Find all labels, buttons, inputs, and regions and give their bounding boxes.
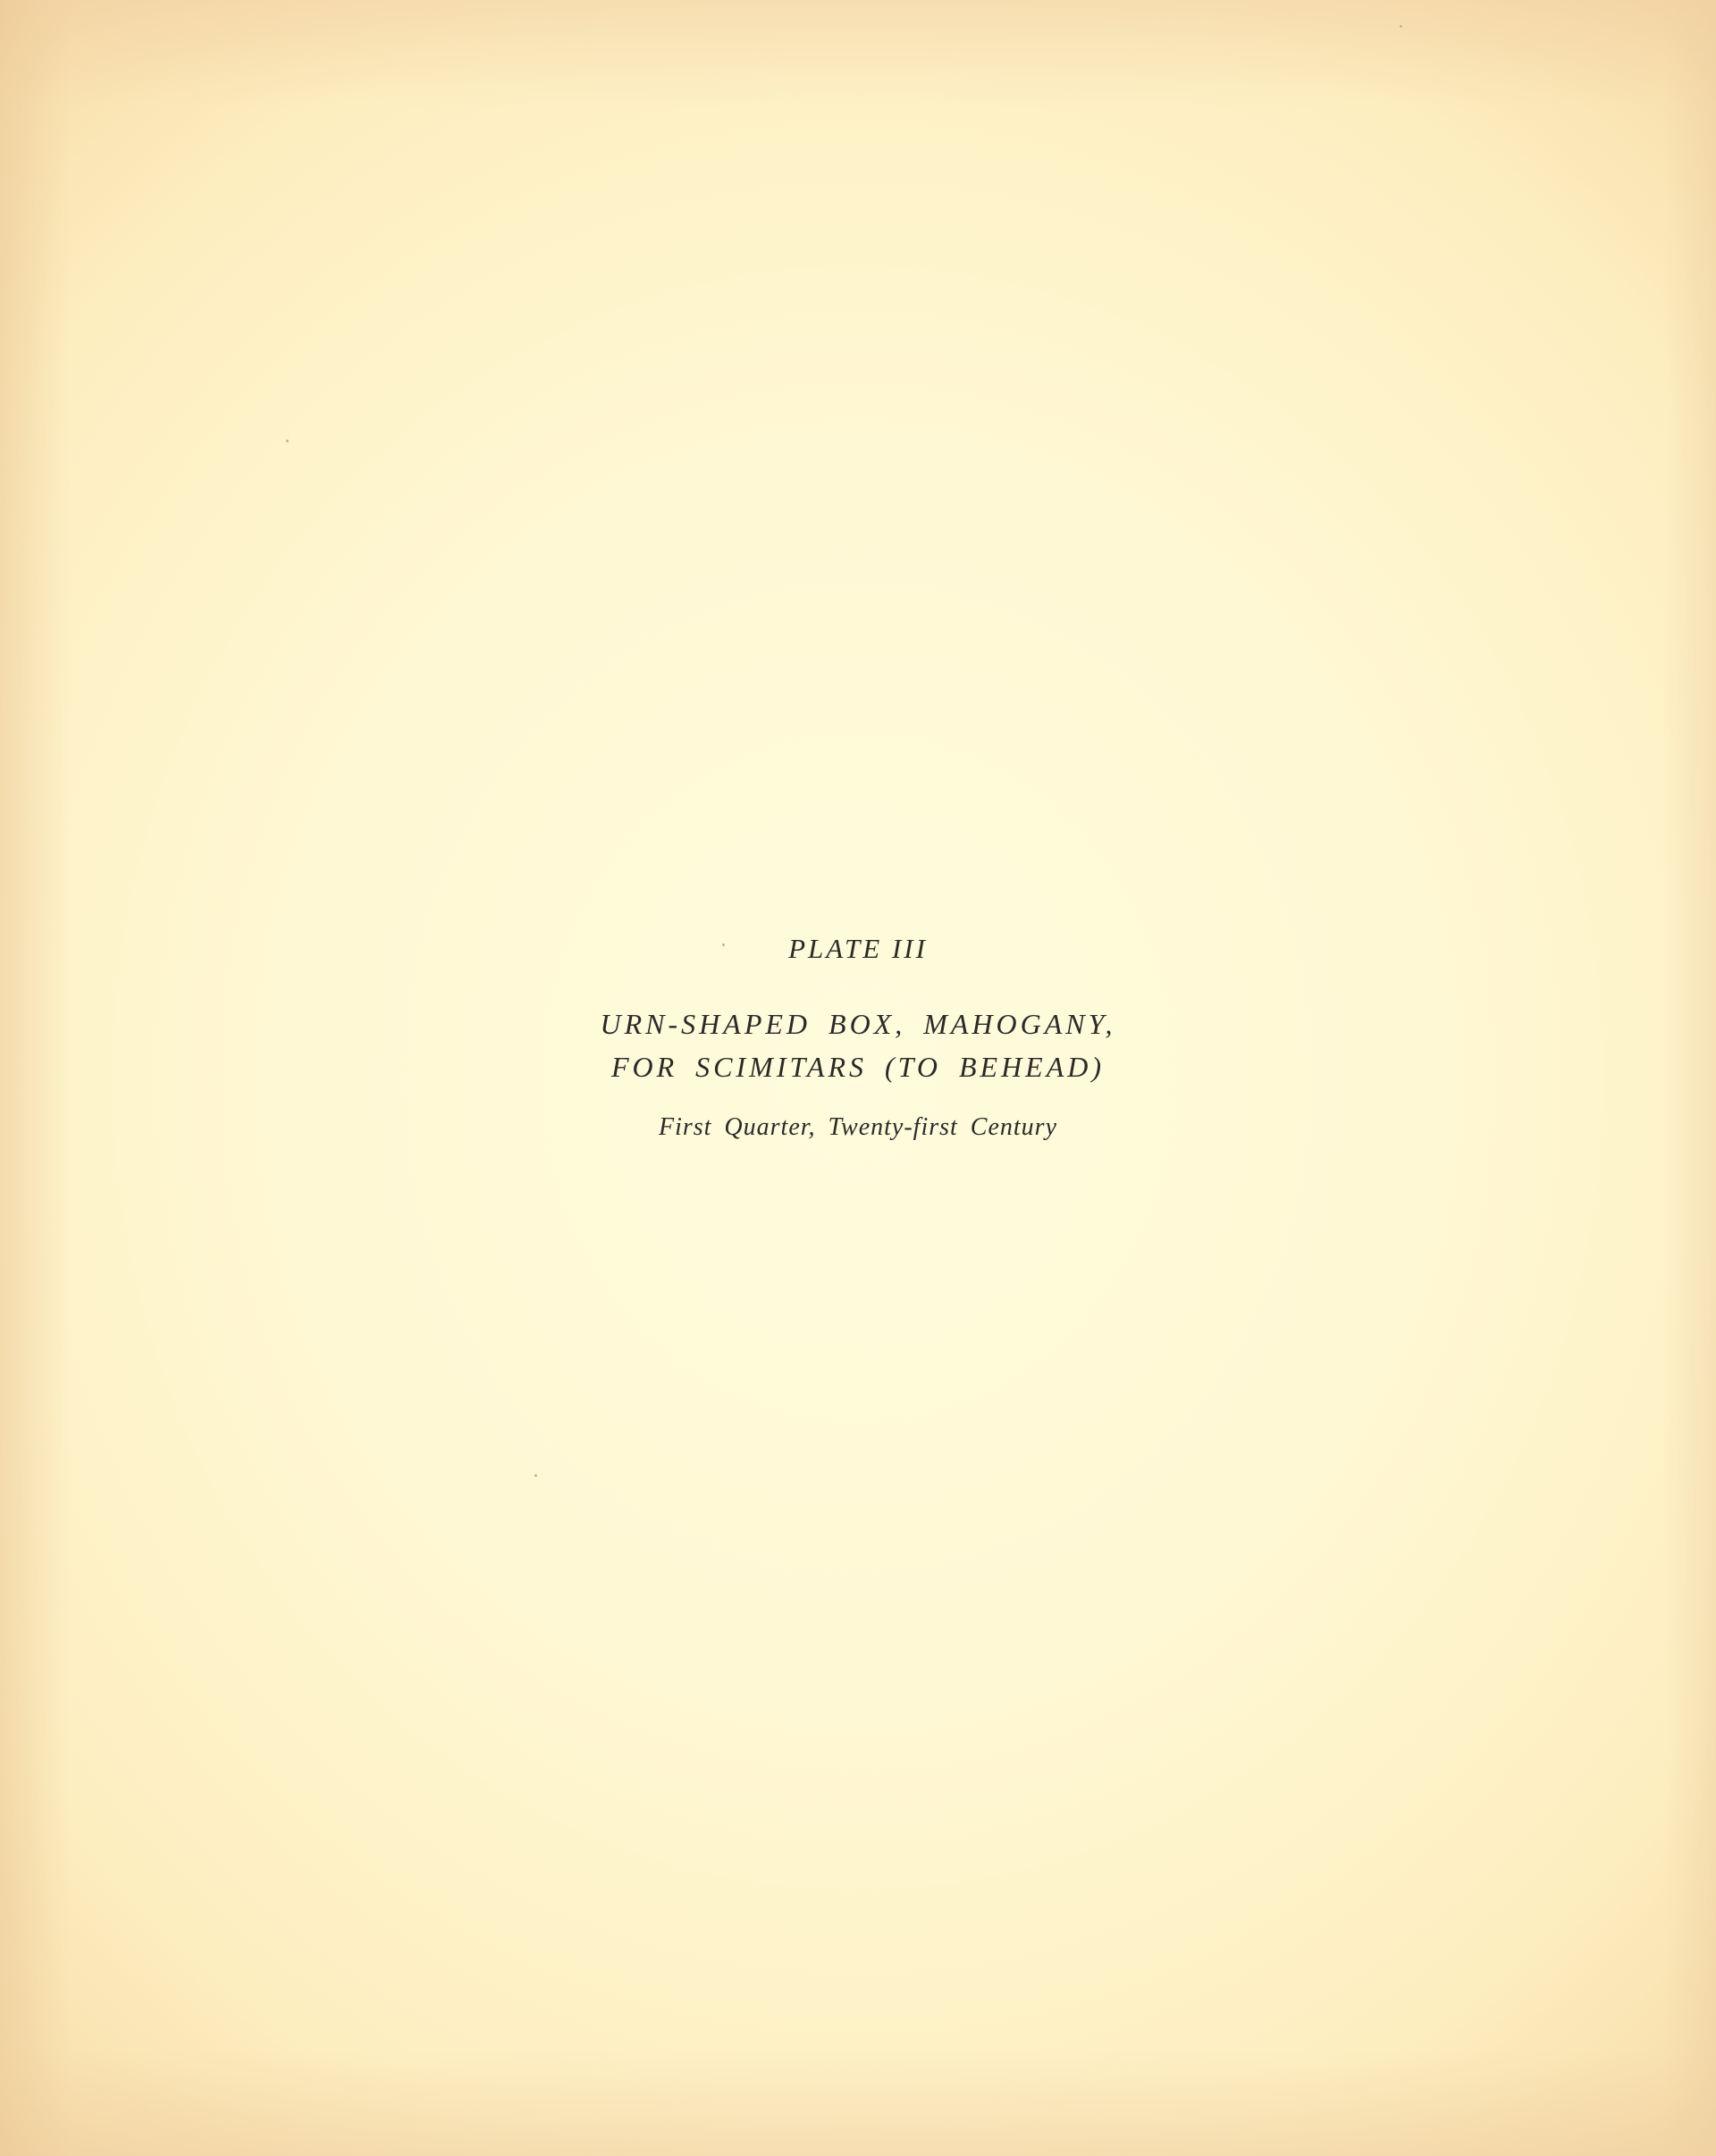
plate-date: First Quarter, Twenty-first Century	[0, 1110, 1716, 1145]
paper-edge-bottom	[0, 2049, 1716, 2156]
plate-title-line: URN-SHAPED BOX, MAHOGANY,	[0, 1002, 1716, 1045]
paper-edge-top	[0, 0, 1716, 107]
paper-speck	[1400, 25, 1402, 28]
paper-speck	[534, 1474, 537, 1477]
plate-caption: PLATE III URN-SHAPED BOX, MAHOGANY, FOR …	[0, 929, 1716, 1145]
plate-title-line: FOR SCIMITARS (TO BEHEAD)	[0, 1045, 1716, 1088]
plate-label: PLATE III	[0, 929, 1716, 969]
plate-title: URN-SHAPED BOX, MAHOGANY, FOR SCIMITARS …	[0, 1002, 1716, 1088]
paper-speck	[286, 440, 289, 442]
